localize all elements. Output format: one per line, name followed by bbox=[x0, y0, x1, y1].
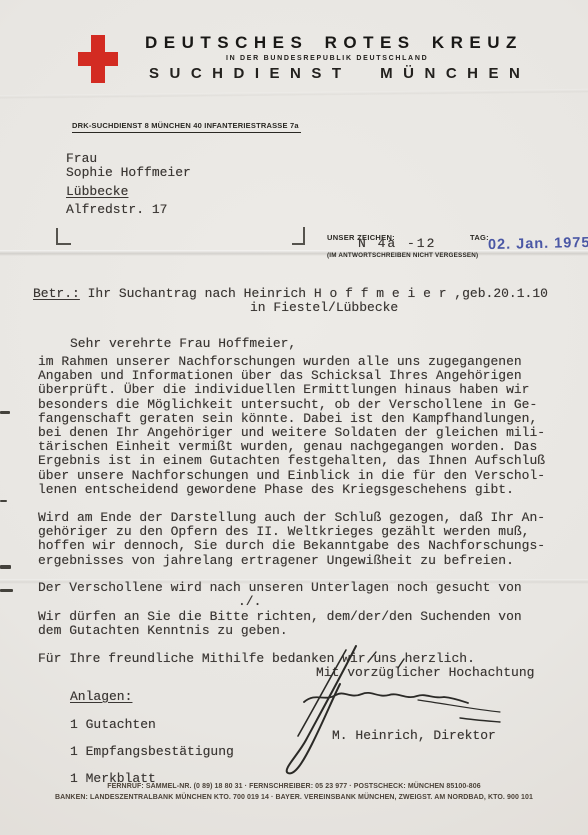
red-cross-horizontal-bar bbox=[78, 52, 118, 66]
fold-mark bbox=[0, 411, 10, 414]
red-cross-icon bbox=[78, 35, 118, 83]
body-paragraph-1: im Rahmen unserer Nachforschungen wurden… bbox=[38, 355, 545, 497]
org-subtitle: IN DER BUNDESREPUBLIK DEUTSCHLAND bbox=[226, 55, 428, 62]
subject-request: Ihr Suchantrag nach bbox=[88, 286, 236, 301]
address-window-corner-right bbox=[292, 227, 305, 245]
fold-mark bbox=[0, 589, 13, 592]
recipient-name: Sophie Hoffmeier bbox=[66, 166, 191, 180]
enclosures-heading: Anlagen: bbox=[70, 690, 132, 704]
enclosure-item: 1 Empfangsbestätigung bbox=[70, 745, 234, 759]
paper-crease bbox=[0, 89, 588, 99]
recipient-street: Alfredstr. 17 bbox=[66, 203, 167, 217]
enclosure-item: 1 Gutachten bbox=[70, 718, 234, 732]
footer: FERNRUF: SAMMEL-NR. (0 89) 18 80 31 · FE… bbox=[0, 781, 588, 803]
address-window-corner-left bbox=[56, 228, 71, 245]
org-service-name: SUCHDIENST MÜNCHEN bbox=[149, 65, 530, 82]
reference-value: N 4a -12 bbox=[358, 237, 436, 251]
date-label: TAG: bbox=[470, 233, 489, 242]
salutation: Sehr verehrte Frau Hoffmeier, bbox=[70, 337, 296, 351]
subject-text bbox=[80, 286, 88, 301]
body-paragraph-4: Wir dürfen an Sie die Bitte richten, dem… bbox=[38, 610, 522, 638]
signer-name: M. Heinrich, Direktor bbox=[332, 729, 496, 743]
footer-line-2: BANKEN: LANDESZENTRALBANK MÜNCHEN KTO. 7… bbox=[0, 792, 588, 803]
fold-mark bbox=[0, 565, 11, 569]
recipient-city: Lübbecke bbox=[66, 185, 128, 199]
body-paragraph-3: Der Verschollene wird nach unseren Unter… bbox=[38, 581, 522, 595]
footer-line-1: FERNRUF: SAMMEL-NR. (0 89) 18 80 31 · FE… bbox=[0, 781, 588, 792]
return-address-line: DRK-SUCHDIENST 8 MÜNCHEN 40 INFANTERIEST… bbox=[72, 121, 301, 133]
body-paragraph-2: Wird am Ende der Darstellung auch der Sc… bbox=[38, 511, 545, 568]
closing-phrase: Mit vorzüglicher Hochachtung bbox=[316, 666, 534, 680]
subject-label: Betr.: bbox=[33, 286, 80, 301]
spacer bbox=[236, 286, 244, 301]
subject-place: in Fiestel/Lübbecke bbox=[250, 301, 398, 315]
date-stamp: 02. Jan. 1975 bbox=[488, 235, 588, 253]
letter-page: DEUTSCHES ROTES KREUZ IN DER BUNDESREPUB… bbox=[0, 0, 588, 835]
org-title: DEUTSCHES ROTES KREUZ bbox=[145, 33, 523, 53]
enclosure-mark: ./. bbox=[238, 595, 261, 609]
subject-person: Heinrich H o f f m e i e r ,geb.20.1.10 bbox=[244, 286, 548, 301]
reference-note: (IM ANTWORTSCHREIBEN NICHT VERGESSEN) bbox=[327, 252, 478, 259]
fold-mark bbox=[0, 500, 7, 502]
